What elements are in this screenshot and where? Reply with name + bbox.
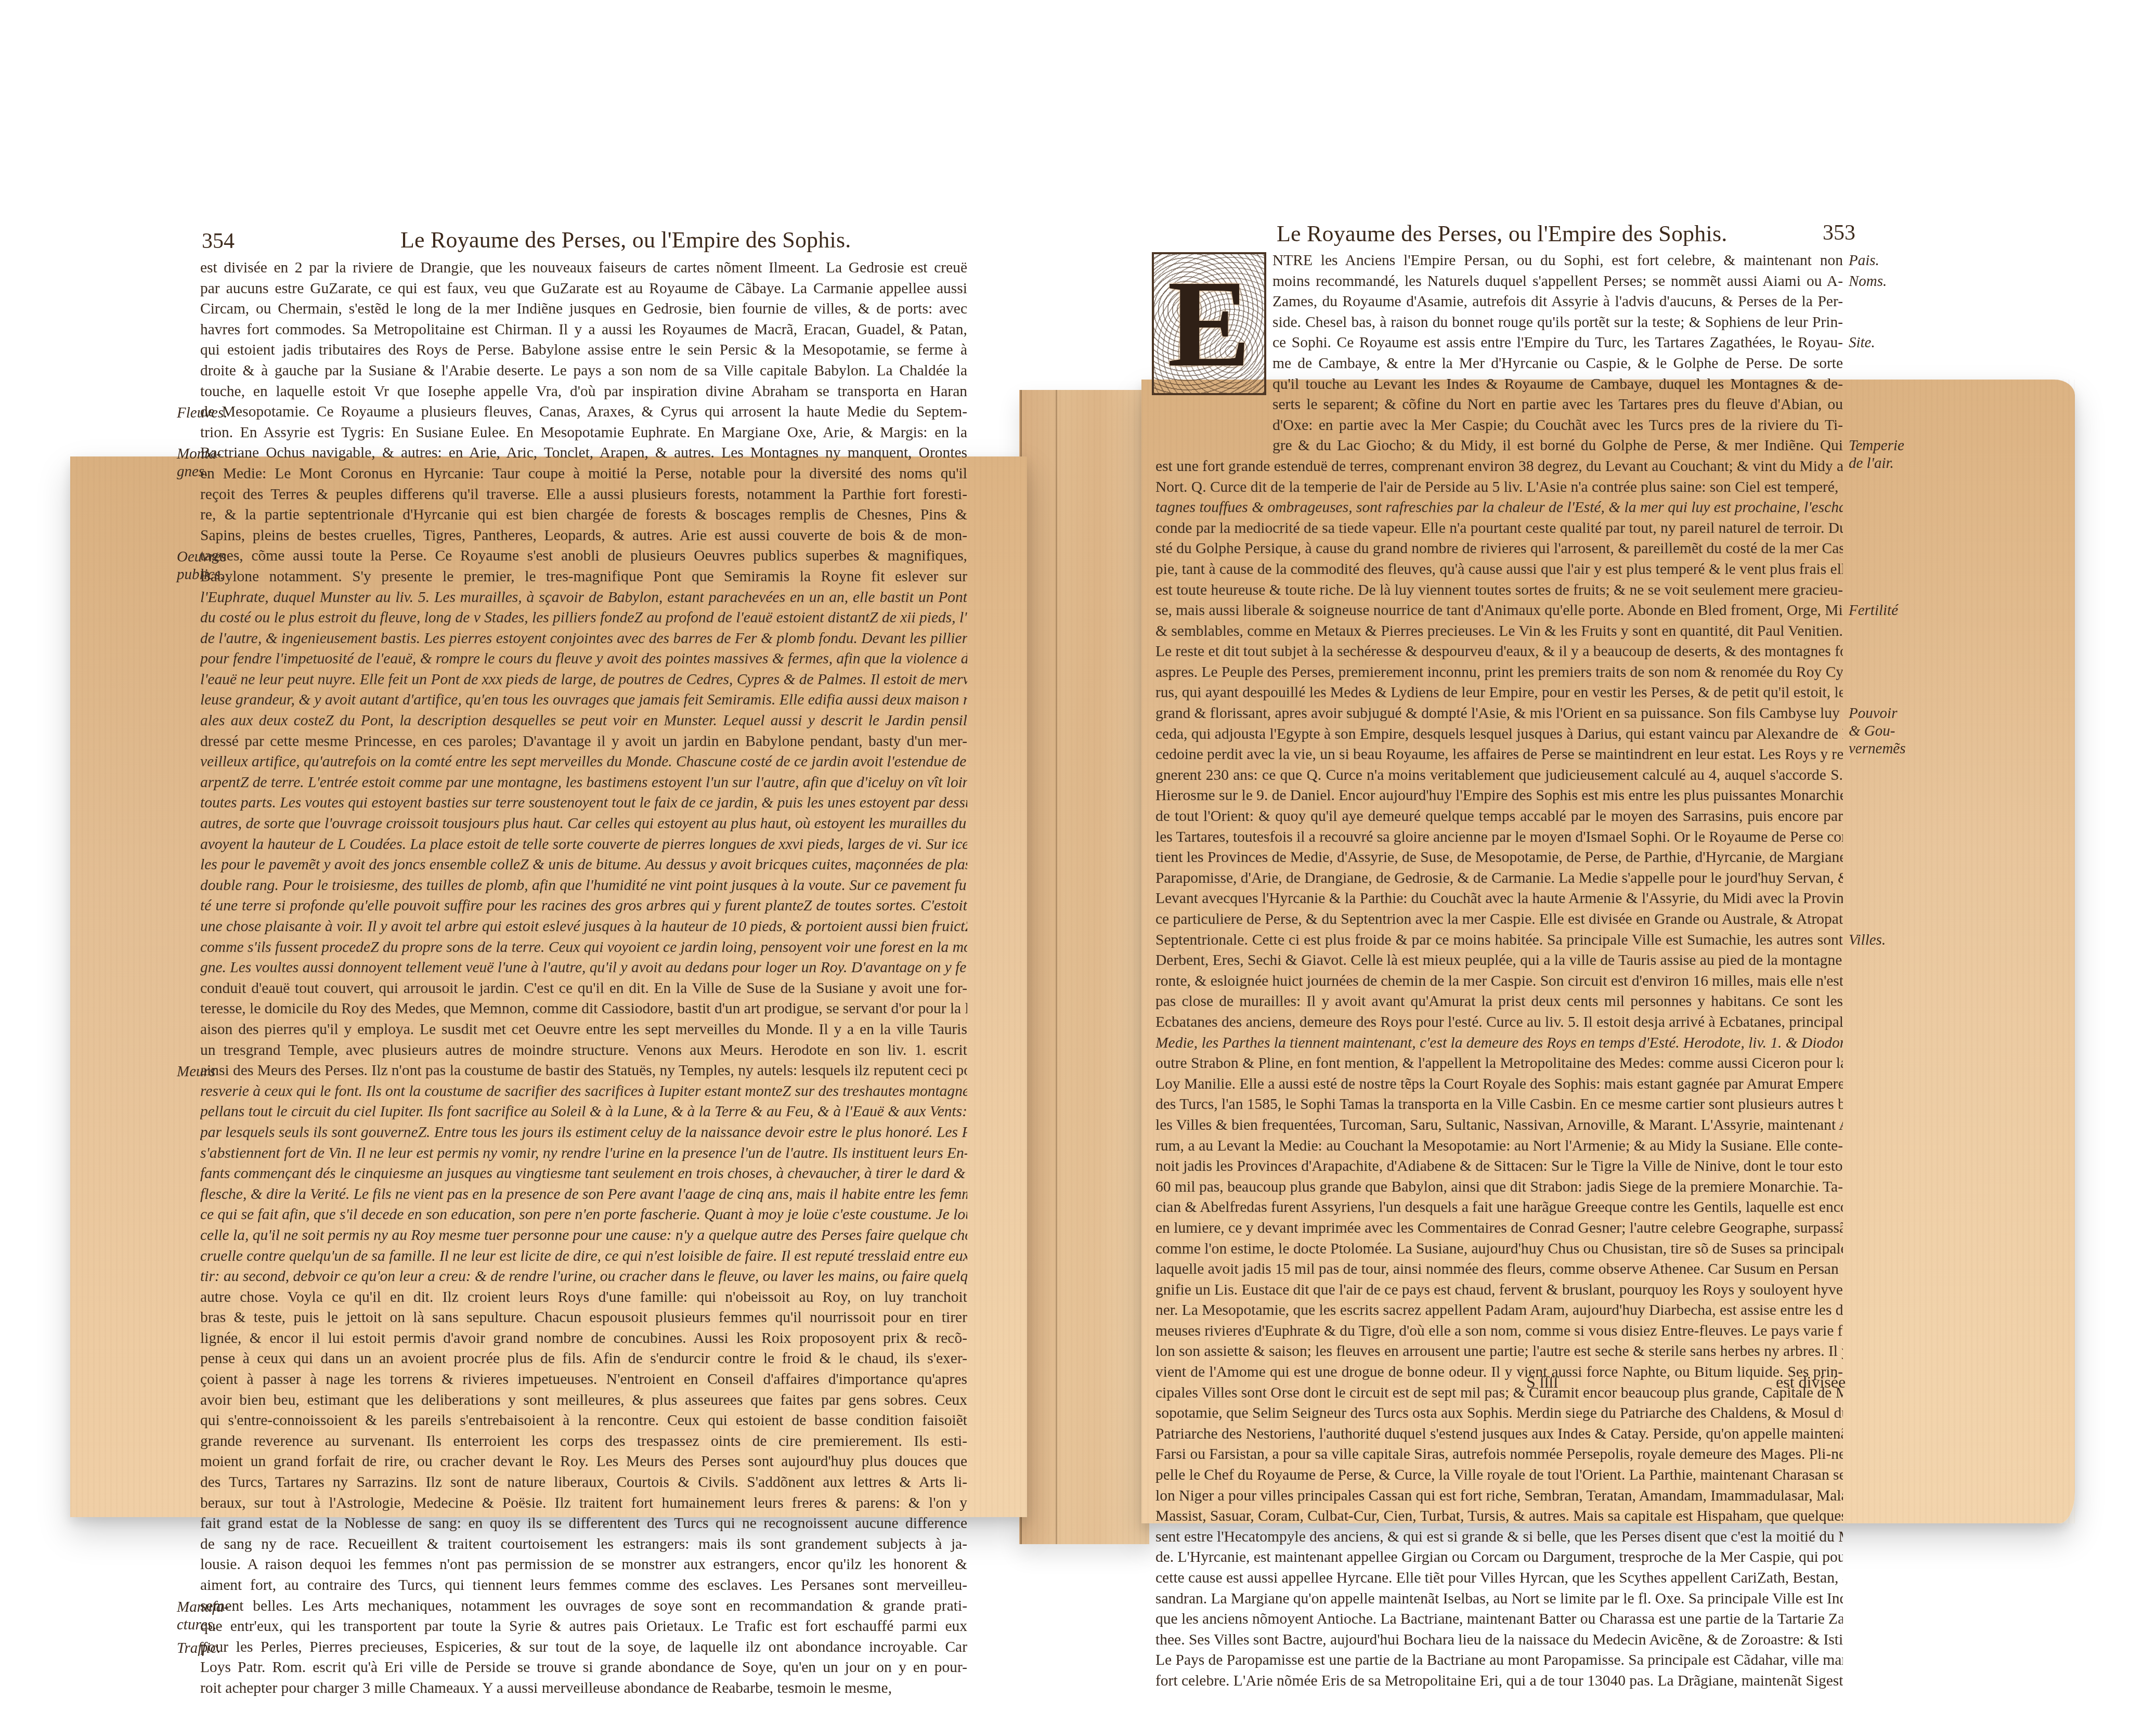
text-line: Le reste et dit tout subjet à la sechére… [1155, 642, 1843, 662]
text-line: tient les Provinces de Medie, d'Assyrie,… [1155, 847, 1843, 868]
text-line: gnerent 230 ans: ce que Q. Curce n'a moi… [1155, 765, 1843, 786]
text-line: Ecbatanes des anciens, demeure des Roys … [1155, 1012, 1843, 1033]
text-line: conde par la mediocrité de sa tiede vape… [1155, 518, 1843, 539]
text-line: cruelle contre quelqu'un de sa famille. … [200, 1246, 967, 1267]
text-line: grand & florissant, apres avoir subjugué… [1155, 703, 1843, 724]
margin-note: Traffic. [177, 1639, 221, 1657]
text-line: les Villes & bien frequentées, Turcoman,… [1155, 1115, 1843, 1136]
left-page-body: est divisée en 2 par la riviere de Drang… [200, 258, 967, 1699]
text-line: pelle le Chef du Royaume de Perse, & Cur… [1155, 1465, 1843, 1486]
text-line: comme l'on estime, le docte Ptolomée. La… [1155, 1239, 1843, 1260]
right-page-body: NTRE les Anciens l'Empire Persan, ou du … [1155, 251, 1843, 1692]
text-line: ce Sophi. Ce Royaume est assis entre l'E… [1155, 333, 1843, 354]
text-line: meuses rivieres d'Euphrate & du Tigre, d… [1155, 1321, 1843, 1342]
text-line: fants commençant dés le cinquiesme an ju… [200, 1164, 967, 1184]
text-line: rus, qui ayant despouillé les Medes & Ly… [1155, 683, 1843, 703]
text-line: les pour le pavemẽt y avoit des joncs en… [200, 855, 967, 876]
right-page-number: 353 [1823, 220, 1855, 245]
text-line: conduit d'eauë tout couvert, qui arrouso… [200, 978, 967, 999]
text-line: cette cause est aussi appellee Hyrcane. … [1155, 1568, 1843, 1589]
text-line: des Turcs, Tartares ny Sarrazins. Ilz so… [200, 1472, 967, 1493]
text-line: Medie, les Parthes la tiennent maintenan… [1155, 1033, 1843, 1054]
text-line: les Tartares, toutesfois il a recouvré s… [1155, 827, 1843, 848]
left-page-number: 354 [202, 229, 235, 254]
margin-note: Meurs [177, 1063, 215, 1080]
signature-mark: S ſſſſ [1526, 1373, 1558, 1392]
text-line: aison des pierres qu'il y employa. Le su… [200, 1020, 967, 1040]
text-line: gne. Les voultes aussi donnoyent telleme… [200, 958, 967, 978]
text-line: ner. La Mesopotamie, que les escrits sac… [1155, 1300, 1843, 1321]
text-line: celle la, qu'il ne soit permis ny au Roy… [200, 1225, 967, 1246]
text-line: aspres. Le Peuple des Perses, premiereme… [1155, 662, 1843, 683]
text-line: que entr'eux, qui les transportent par t… [200, 1616, 967, 1637]
text-line: est divisée en 2 par la riviere de Drang… [200, 258, 967, 279]
margin-note: Temperie de l'air. [1849, 437, 1904, 472]
text-line: ceda, qui adjousta l'Egypte à son Empire… [1155, 724, 1843, 745]
text-line: autre chose. Voyla ce qu'il en dit. Ilz … [200, 1287, 967, 1308]
text-line: flesche, & dire la Verité. Le fils ne vi… [200, 1184, 967, 1205]
text-line: beraux, sur tout à l'Astrologie, Medecin… [200, 1493, 967, 1514]
text-line: fait grand estat de la Noblesse de sang:… [200, 1513, 967, 1534]
text-line: l'eauë ne leur peut nuyre. Elle feit un … [200, 670, 967, 690]
text-line: qu'il touche au Levant les Indes & Royau… [1155, 374, 1843, 395]
margin-note: Villes. [1849, 931, 1886, 949]
text-line: NTRE les Anciens l'Empire Persan, ou du … [1155, 251, 1843, 271]
text-line: me de Cambaye, & entre la Mer d'Hyrcanie… [1155, 354, 1843, 374]
text-line: Levant avecques l'Hyrcanie & la Parthie:… [1155, 889, 1843, 909]
text-line: Le Pays de Paropamisse est une partie de… [1155, 1650, 1843, 1671]
text-line: resverie à ceux qui le font. Ils ont la … [200, 1081, 967, 1102]
text-line: Farsi ou Farsistan, a pour sa ville capi… [1155, 1444, 1843, 1465]
text-line: té une terre si profonde qu'elle pouvoit… [200, 896, 967, 917]
text-line: Loys Patr. Rom. escrit qu'à Eri ville de… [200, 1657, 967, 1678]
text-line: Nort. Q. Curce dit de la temperie de l'a… [1155, 477, 1843, 498]
text-line: lon son assiette & saison; les fleuves e… [1155, 1341, 1843, 1362]
text-line: dressé par cette mesme Princesse, en ces… [200, 732, 967, 752]
text-line: tagnes touffues & ombrageuses, sont rafr… [1155, 498, 1843, 518]
text-line: re, & la partie septentrionale d'Hyrcani… [200, 505, 967, 526]
text-line: cian & Abelfredas furent Assyriens, l'un… [1155, 1197, 1843, 1218]
text-line: laquelle avoit jadis 15 mil pas de tour,… [1155, 1259, 1843, 1280]
text-line: Derbent, Eres, Sechi & Giavot. Celle là … [1155, 950, 1843, 971]
text-line: par lesquels seuls ils sont gouverneZ. E… [200, 1122, 967, 1143]
text-line: teresse, le domicile du Roy des Medes, q… [200, 999, 967, 1020]
text-line: s'abstiennent fort de Vin. Il ne leur es… [200, 1143, 967, 1164]
text-line: de Mesopotamie. Ce Royaume a plusieurs f… [200, 402, 967, 423]
text-line: que les anciens nõmoyent Antioche. La Ba… [1155, 1609, 1843, 1630]
text-line: ainsi des Meurs des Perses. Ilz n'ont pa… [200, 1061, 967, 1081]
text-line: arpentZ de terre. L'entrée estoit comme … [200, 773, 967, 793]
text-line: ce qui se fait afin, que s'il decede en … [200, 1205, 967, 1225]
text-line: par aucuns estre GuZarate, ce qui est fa… [200, 279, 967, 299]
text-line: moient un grand forfait de rire, ou crac… [200, 1452, 967, 1472]
text-line: sopotamie, que Selim Seigneur des Turcs … [1155, 1403, 1843, 1424]
text-line: sent estre l'Hecatompyle des anciens, & … [1155, 1527, 1843, 1548]
text-line: trion. En Assyrie est Tygris: En Susiane… [200, 423, 967, 443]
text-line: une chose plaisante à voir. Il y avoit t… [200, 917, 967, 937]
text-line: ales aux deux costeZ du Pont, la descrip… [200, 711, 967, 732]
text-line: qui estoient jadis tributaires des Roys … [200, 340, 967, 361]
text-line: est toute heureuse & toute riche. De là … [1155, 580, 1843, 601]
text-line: Bactriane Ochus navigable, & autres: en … [200, 443, 967, 464]
margin-note: Pais. [1849, 252, 1879, 269]
text-line: grande reverence au survenant. Ils enter… [200, 1431, 967, 1452]
text-line: roit achepter pour charger 3 mille Chame… [200, 1678, 967, 1699]
text-line: pour les Perles, Pierres precieuses, Esp… [200, 1637, 967, 1658]
text-line: de l'autre, & ingenieusement bastis. Les… [200, 629, 967, 649]
text-line: de tout l'Orient: & quoy qu'il aye demeu… [1155, 806, 1843, 827]
text-line: sement belles. Les Arts mechaniques, not… [200, 1596, 967, 1617]
text-line: avoir bien beu, estimant que les deliber… [200, 1390, 967, 1411]
text-line: des Turcs, l'an 1585, le Sophi Tamas la … [1155, 1094, 1843, 1115]
text-line: pense à ceux qui dans un an avoient proc… [200, 1349, 967, 1369]
text-line: ce particuliere de Perse, & du Septentri… [1155, 909, 1843, 930]
text-line: sté du Golphe Persique, à cause du grand… [1155, 539, 1843, 559]
text-line: de. L'Hyrcanie, est maintenant appellee … [1155, 1547, 1843, 1568]
text-line: Parapomisse, d'Arie, de Drangiane, de Ge… [1155, 868, 1843, 889]
text-line: aiment fort, au contraire des Turcs, qui… [200, 1575, 967, 1596]
text-line: qui s'entre-connoissoient & les pareils … [200, 1411, 967, 1431]
text-line: leuse grandeur, & y avoit autant d'artif… [200, 690, 967, 711]
text-line: Septentrionale. Cette ci est plus froide… [1155, 930, 1843, 951]
text-line: bras & teste, puis le jettoit on là sans… [200, 1308, 967, 1328]
text-line: droite & à gauche par la Susiane & l'Ara… [200, 361, 967, 382]
text-line: Babylone notamment. S'y presente le prem… [200, 567, 967, 588]
text-line: Loy Manilie. Elle a aussi esté de nostre… [1155, 1074, 1843, 1095]
text-line: tir: au second, debvoir ce qu'on leur a … [200, 1267, 967, 1287]
text-line: havres fort commodes. Sa Metropolitaine … [200, 320, 967, 341]
text-line: de sang ny de race. Recueillent & traite… [200, 1534, 967, 1555]
text-line: toutes parts. Les voutes qui estoyent ba… [200, 793, 967, 814]
text-line: rum, a au Levant la Medie: au Couchant l… [1155, 1136, 1843, 1157]
text-line: gre & du Lac Giocho; & du Midy, il est b… [1155, 436, 1843, 456]
text-line: lon Niger a pour villes principales Cass… [1155, 1486, 1843, 1507]
text-line: outre Strabon & Pline, en font mention, … [1155, 1053, 1843, 1074]
text-line: 60 mil pas, beaucoup plus grande que Bab… [1155, 1177, 1843, 1198]
text-line: autres, de sorte que l'ouvrage croissoit… [200, 814, 967, 834]
text-line: avoyent la hauteur de L Coudées. La plac… [200, 834, 967, 855]
margin-note: Fleuves. [177, 404, 227, 422]
text-line: touche, en laquelle estoit Vr que Ioseph… [200, 382, 967, 402]
text-line: pellans tout le circuit du ciel Iupiter.… [200, 1102, 967, 1122]
text-line: lousie. A raison dequoi les femmes n'ont… [200, 1555, 967, 1575]
text-line: en lumiere, ce y devant imprimée avec le… [1155, 1218, 1843, 1239]
catchword: est divisée [1776, 1373, 1846, 1392]
text-line: veilleux artifice, qu'autrefois on la co… [200, 752, 967, 773]
text-line: ronte, & esloignée huict journées de che… [1155, 971, 1843, 992]
margin-note: Monta- gnes. [177, 445, 221, 480]
text-line: moins recommandé, les Naturels duquel s'… [1155, 271, 1843, 292]
text-line: Sapins, pleins de bestes cruelles, Tigre… [200, 526, 967, 546]
text-line: noit jadis les Provinces d'Arapachite, d… [1155, 1156, 1843, 1177]
text-line: est une fort grande estenduë de terres, … [1155, 456, 1843, 477]
text-line: comme s'ils fussent procedeZ du propre s… [200, 937, 967, 958]
text-line: Hierosme sur le 9. de Daniel. Encor aujo… [1155, 786, 1843, 806]
text-line: serts le separent; & cõfine du Nort en p… [1155, 395, 1843, 415]
text-line: pour fendre l'impetuosité de l'eauë, & r… [200, 649, 967, 670]
text-line: un tresgrand Temple, avec plusieurs autr… [200, 1040, 967, 1061]
text-line: çoient à passer à nage les torrens & riv… [200, 1369, 967, 1390]
text-line: double rang. Pour le troisiesme, des tui… [200, 876, 967, 896]
text-line: Massist, Sasuar, Coram, Culbat-Cur, Cien… [1155, 1506, 1843, 1527]
text-line: Patriarche des Nestoriens, l'authorité d… [1155, 1424, 1843, 1445]
text-line: l'Euphrate, duquel Munster au liv. 5. Le… [200, 588, 967, 608]
text-line: side. Chesel bas, à raison du bonnet rou… [1155, 312, 1843, 333]
text-line: lignée, & encor il lui estoit permis d'a… [200, 1328, 967, 1349]
text-line: en Medie: Le Mont Coronus en Hyrcanie: T… [200, 464, 967, 485]
binding-gutter [1019, 390, 1149, 1544]
text-line: gnifie un Lis. Eustace dit que l'air de … [1155, 1280, 1843, 1301]
text-line: Zames, du Royaume d'Asamie, autrefois di… [1155, 292, 1843, 312]
text-line: vient de l'Amome qui est une drogue de b… [1155, 1362, 1843, 1383]
text-line: & semblables, comme en Metaux & Pierres … [1155, 621, 1843, 642]
text-line: thee. Ses Villes sont Bactre, aujourd'hu… [1155, 1630, 1843, 1651]
margin-note: Noms. [1849, 272, 1887, 290]
margin-note: Oeuvres publics. [177, 548, 227, 583]
text-line: du costé ou le plus estroit du fleuve, l… [200, 608, 967, 629]
text-line: pie, tant à cause de la commodité des fl… [1155, 559, 1843, 580]
text-line: fort celebre. L'Arie nõmée Eris de sa Me… [1155, 1671, 1843, 1692]
left-page-header: Le Royaume des Perses, ou l'Empire des S… [400, 227, 851, 253]
margin-note: Site. [1849, 334, 1875, 351]
text-line: sandran. La Margiane qu'on appelle maint… [1155, 1589, 1843, 1610]
margin-note: Fertilité [1849, 602, 1898, 619]
text-line: Circam, ou Chermain, s'estẽd le long de … [200, 299, 967, 320]
margin-note: Pouvoir & Gou- vernemẽs [1849, 704, 1906, 758]
margin-note: Manufa- ctures. [177, 1598, 229, 1634]
text-line: cedoine perdit avec la vie, un si beau R… [1155, 745, 1843, 765]
gutter-tear-line [1056, 390, 1057, 1544]
text-line: cipales Villes sont Orse dont le circuit… [1155, 1383, 1843, 1404]
text-line: tagnes, cõme aussi toute la Perse. Ce Ro… [200, 546, 967, 567]
text-line: reçoit des Terres & peuples differens qu… [200, 485, 967, 505]
text-line: d'Oxe: en partie avec la Mer Caspie; du … [1155, 415, 1843, 436]
right-page-header: Le Royaume des Perses, ou l'Empire des S… [1277, 220, 1727, 247]
text-line: pas close de murailles: Il y avoit avant… [1155, 991, 1843, 1012]
text-line: se, mais aussi liberale & soigneuse nour… [1155, 601, 1843, 621]
